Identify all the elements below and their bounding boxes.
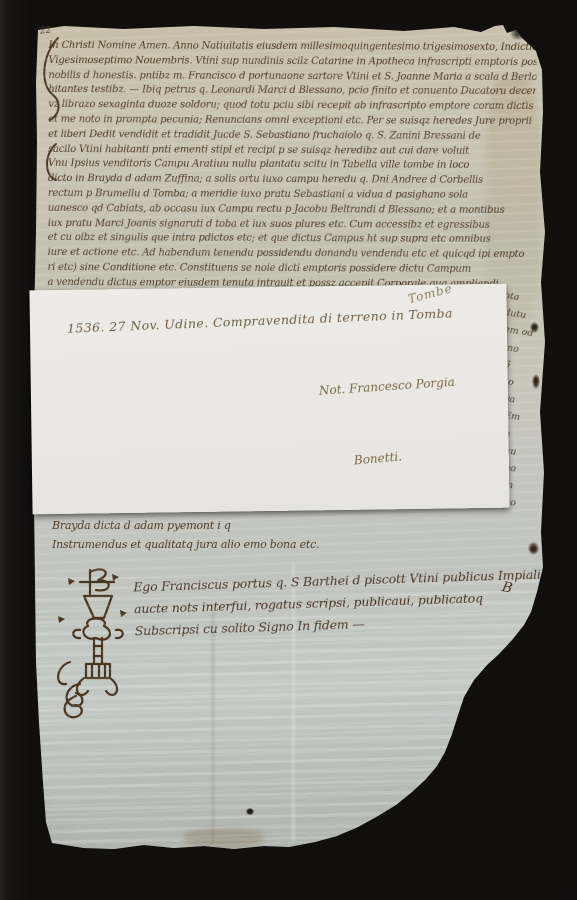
slip-top-right-annotation: Tombe [406,281,454,306]
folio-number: 22 [40,25,52,36]
ink-spot [528,542,539,555]
right-margin-line-endings: otadutuem odmo6toyaEmnnunomno [504,290,546,513]
dark-speck [246,808,254,815]
manuscript-body-text: In Christi Nomine Amen. Anno Natiuitatis… [47,39,536,293]
manuscript-line: Brayda dicta d adam pyemont i q [52,516,472,535]
corner-stain [510,26,526,40]
manuscript-line: Instrumendus et qualitatq jura alio emo … [52,535,472,554]
manuscript-lower-text: Brayda dicta d adam pyemont i qInstrumen… [52,516,472,554]
slip-notary-line: Not. Francesco Porgia [319,375,456,398]
archival-paper-slip: Tombe 1536. 27 Nov. Udine. Compravendita… [29,284,509,515]
faint-ink-smudge [184,828,264,848]
slip-signature: Bonetti. [353,450,402,468]
photo-background: In Christi Nomine Amen. Anno Natiuitatis… [0,0,577,900]
crease-line [212,612,214,842]
notary-subscription: Ego Franciscus portus q. S Barthei d pis… [133,564,543,643]
slip-title-line: 1536. 27 Nov. Udine. Compravendita di te… [67,305,453,335]
